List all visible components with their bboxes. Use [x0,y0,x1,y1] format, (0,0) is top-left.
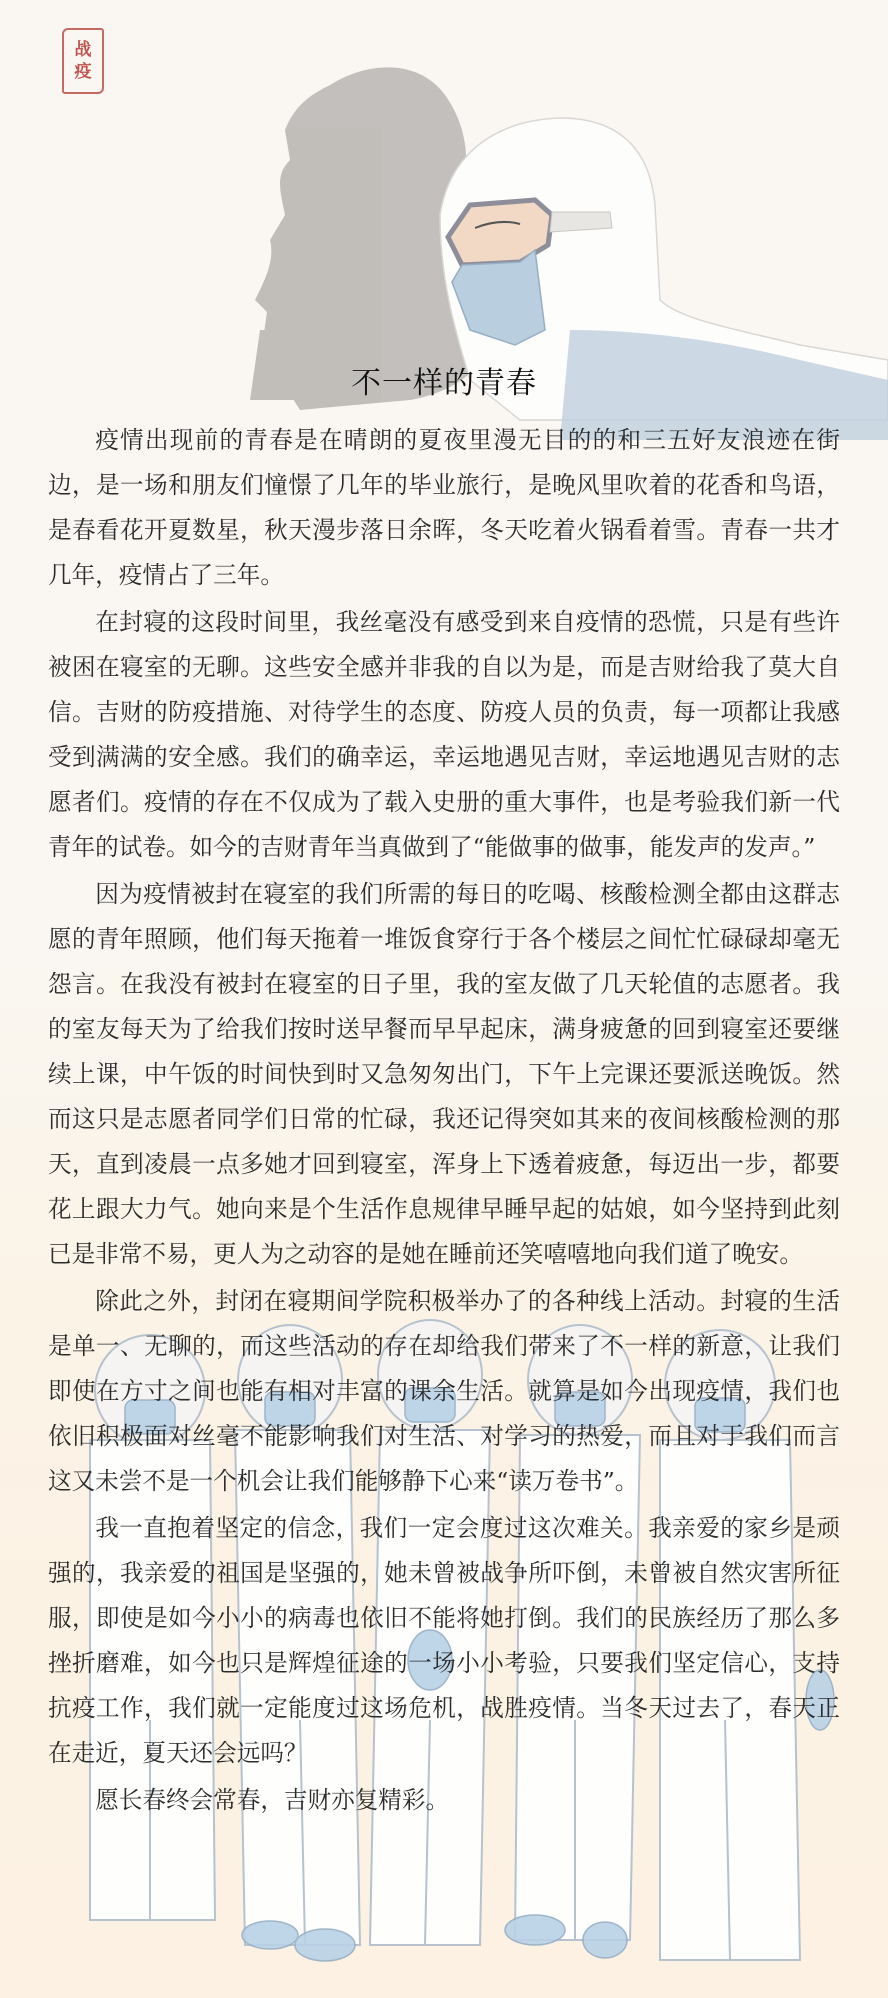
paragraph-4: 除此之外，封闭在寝期间学院积极举办了的各种线上活动。封寝的生活是单一、无聊的，而… [48,1279,840,1504]
seal-char-1: 战 [75,39,92,61]
article-body: 疫情出现前的青春是在晴朗的夏夜里漫无目的的和三五好友浪迹在街边，是一场和朋友们憧… [48,418,840,1825]
seal-char-2: 疫 [75,61,92,83]
paragraph-6: 愿长春终会常春，吉财亦复精彩。 [48,1778,840,1823]
paragraph-3: 因为疫情被封在寝室的我们所需的每日的吃喝、核酸检测全都由这群志愿的青年照顾，他们… [48,872,840,1277]
paragraph-1: 疫情出现前的青春是在晴朗的夏夜里漫无目的的和三五好友浪迹在街边，是一场和朋友们憧… [48,418,840,598]
seal-stamp: 战 疫 [62,28,104,94]
article-title: 不一样的青春 [0,358,888,402]
paragraph-5: 我一直抱着坚定的信念，我们一定会度过这次难关。我亲爱的家乡是顽强的，我亲爱的祖国… [48,1506,840,1776]
paragraph-2: 在封寝的这段时间里，我丝毫没有感受到来自疫情的恐慌，只是有些许被困在寝室的无聊。… [48,600,840,870]
